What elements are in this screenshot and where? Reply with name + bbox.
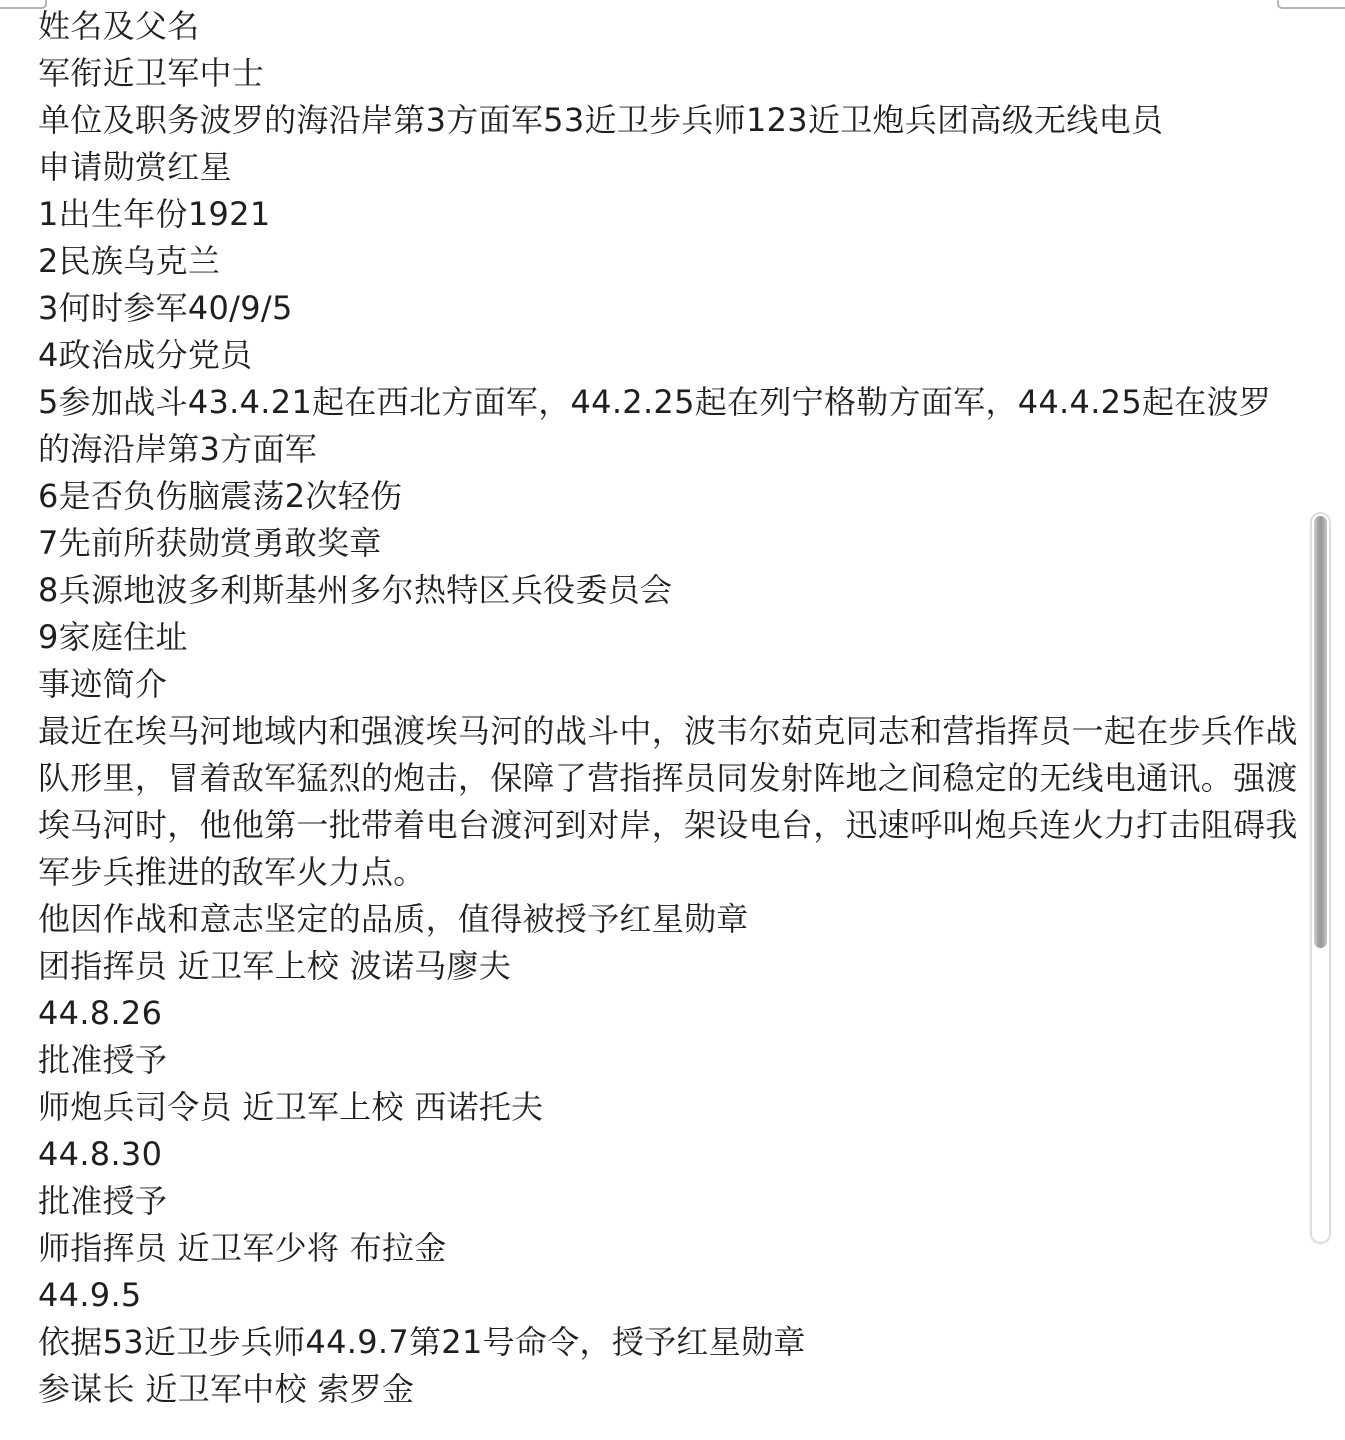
- text-line: 团指挥员 近卫军上校 波诺马廖夫: [38, 943, 1300, 990]
- text-line: 9家庭住址: [38, 614, 1300, 661]
- text-line: 单位及职务波罗的海沿岸第3方面军53近卫步兵师123近卫炮兵团高级无线电员: [38, 97, 1300, 144]
- text-line: 依据53近卫步兵师44.9.7第21号命令，授予红星勋章: [38, 1319, 1300, 1366]
- text-line: 批准授予: [38, 1037, 1300, 1084]
- text-line: 1出生年份1921: [38, 191, 1300, 238]
- text-line: 5参加战斗43.4.21起在西北方面军，44.2.25起在列宁格勒方面军，44.…: [38, 379, 1300, 473]
- text-line: 师指挥员 近卫军少将 布拉金: [38, 1225, 1300, 1272]
- text-line: 申请勋赏红星: [38, 144, 1300, 191]
- text-line: 师炮兵司令员 近卫军上校 西诺托夫: [38, 1084, 1300, 1131]
- text-line: 44.8.30: [38, 1131, 1300, 1178]
- text-line: 44.9.5: [38, 1272, 1300, 1319]
- document-text: 姓名及父名军衔近卫军中士单位及职务波罗的海沿岸第3方面军53近卫步兵师123近卫…: [38, 3, 1300, 1413]
- text-line: 8兵源地波多利斯基州多尔热特区兵役委员会: [38, 567, 1300, 614]
- text-line: 事迹简介: [38, 661, 1300, 708]
- scrollbar-track[interactable]: [1310, 512, 1331, 1244]
- text-line: 参谋长 近卫军中校 索罗金: [38, 1366, 1300, 1413]
- text-line: 4政治成分党员: [38, 332, 1300, 379]
- text-line: 6是否负伤脑震荡2次轻伤: [38, 473, 1300, 520]
- text-line: 他因作战和意志坚定的品质，值得被授予红星勋章: [38, 896, 1300, 943]
- text-line: 批准授予: [38, 1178, 1300, 1225]
- text-line: 44.8.26: [38, 990, 1300, 1037]
- text-line: 7先前所获勋赏勇敢奖章: [38, 520, 1300, 567]
- scrollbar-thumb[interactable]: [1314, 516, 1327, 948]
- text-line: 3何时参军40/9/5: [38, 285, 1300, 332]
- text-line: 2民族乌克兰: [38, 238, 1300, 285]
- text-line: 姓名及父名: [38, 3, 1300, 50]
- text-line: 军衔近卫军中士: [38, 50, 1300, 97]
- text-line: 最近在埃马河地域内和强渡埃马河的战斗中，波韦尔茹克同志和营指挥员一起在步兵作战队…: [38, 708, 1300, 896]
